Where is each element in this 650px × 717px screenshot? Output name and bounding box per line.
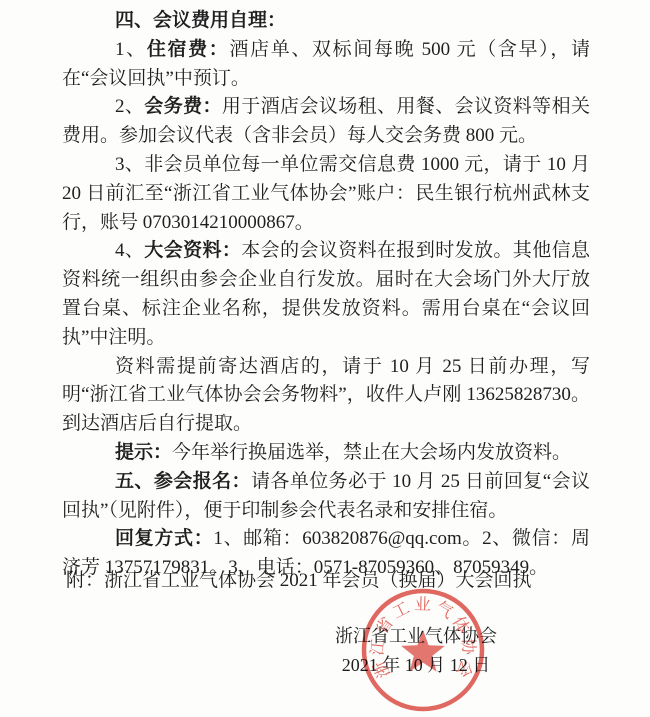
para-registration: 五、参会报名：请各单位务必于 10 月 25 日前回复“会议回执”（见附件），便… xyxy=(62,468,590,526)
document-body: 四、会议费用自理：1、住宿费：酒店单、双标间每晚 500 元（含早），请在“会议… xyxy=(62,7,590,583)
para-mailing-materials: 资料需提前寄达酒店的，请于 10 月 25 日前办理，写明“浙江省工业气体协会会… xyxy=(62,353,590,439)
section-4-heading: 四、会议费用自理： xyxy=(62,7,590,36)
para-lodging-fee: 1、住宿费：酒店单、双标间每晚 500 元（含早），请在“会议回执”中预订。 xyxy=(62,36,590,94)
para-conference-materials: 4、大会资料：本会的会议资料在报到时发放。其他信息资料统一组织由参会企业自行发放… xyxy=(62,237,590,352)
attachment-line: 附：浙江省工业气体协会 2021 年会员（换届）大会回执 xyxy=(66,567,606,596)
para-conference-fee: 2、会务费：用于酒店会议场租、用餐、会议资料等相关费用。参加会议代表（含非会员）… xyxy=(62,93,590,151)
signature-date: 2021 年 10 月 12 日 xyxy=(330,651,502,680)
para-notice: 提示：今年举行换届选举，禁止在大会场内发放资料。 xyxy=(62,439,590,468)
signature-block: 浙江省工业气体协会 2021 年 10 月 12 日 xyxy=(330,622,502,680)
document-page: 四、会议费用自理：1、住宿费：酒店单、双标间每晚 500 元（含早），请在“会议… xyxy=(0,0,650,717)
para-info-fee: 3、非会员单位每一单位需交信息费 1000 元，请于 10 月 20 日前汇至“… xyxy=(62,151,590,237)
signature-organization: 浙江省工业气体协会 xyxy=(330,622,502,651)
